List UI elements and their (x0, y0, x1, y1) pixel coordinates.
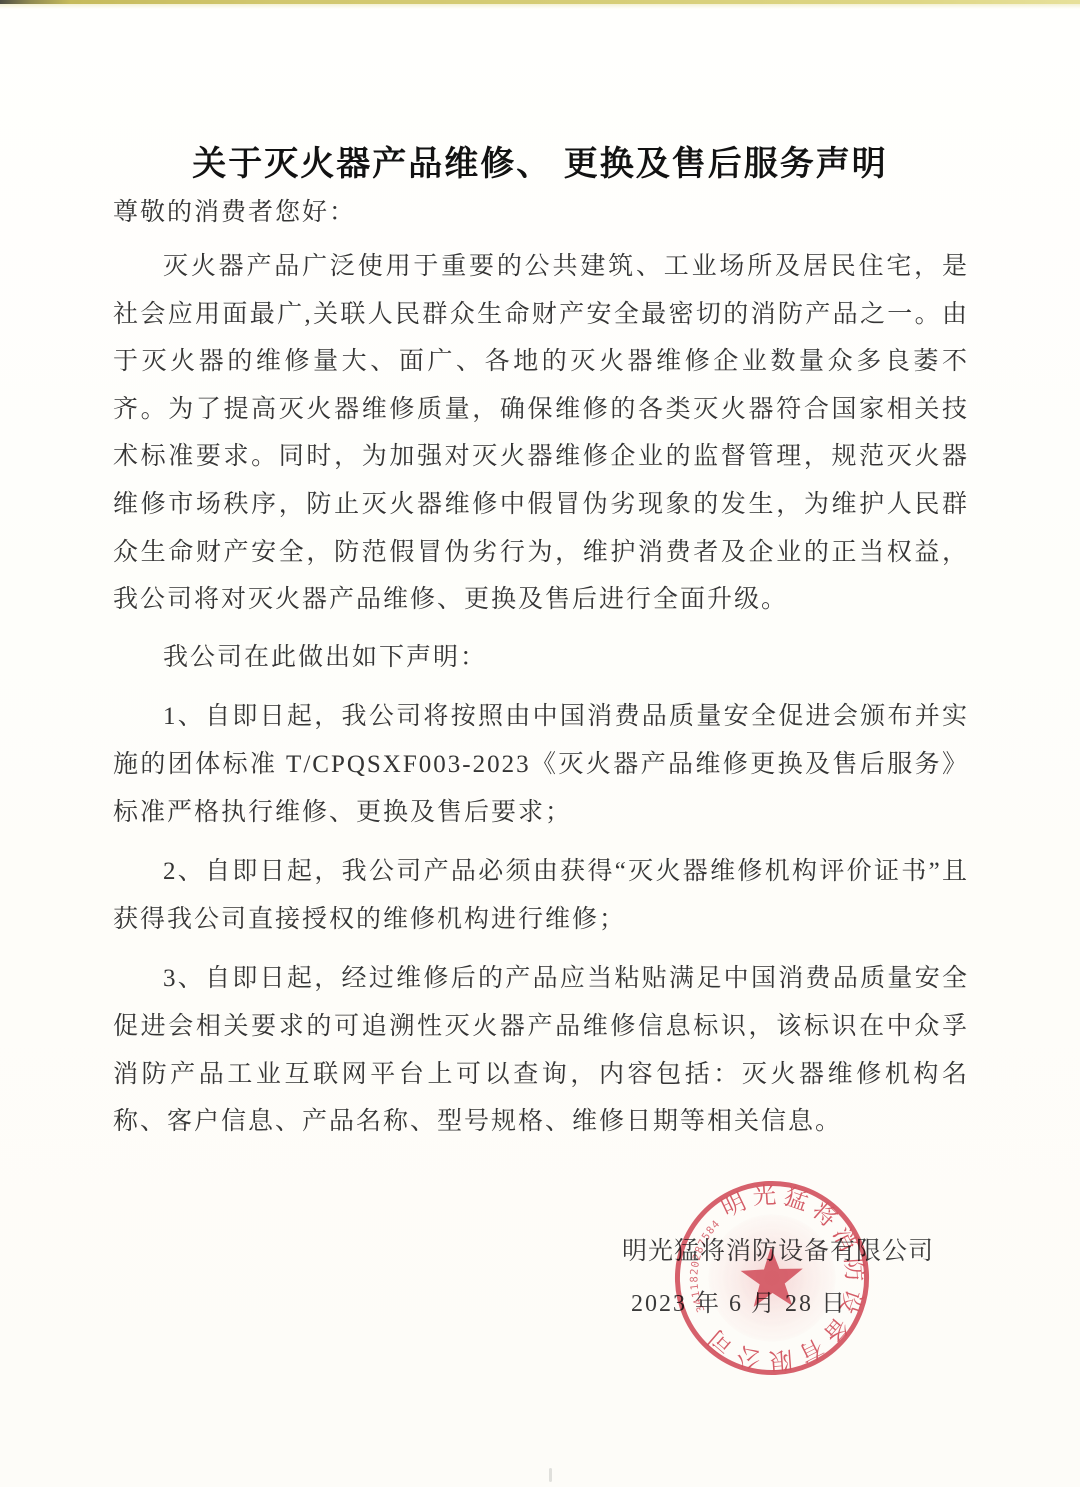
scan-edge-artifact-fade (0, 4, 1080, 9)
intro-paragraph: 灭火器产品广泛使用于重要的公共建筑、工业场所及居民住宅，是社会应用面最广,关联人… (113, 243, 969, 624)
declaration-lead: 我公司在此做出如下声明： (113, 634, 969, 682)
greeting-line: 尊敬的消费者您好： (113, 192, 356, 228)
seal-graphic: 明光猛将消防设备有限公司 3411820287584 (674, 1179, 871, 1376)
document-title: 关于灭火器产品维修、 更换及售后服务声明 (0, 136, 1080, 185)
scan-speck (549, 1468, 552, 1482)
declaration-item-3: 3、自即日起，经过维修后的产品应当粘贴满足中国消费品质量安全促进会相关要求的可追… (113, 955, 969, 1145)
declaration-item-2: 2、自即日起，我公司产品必须由获得“灭火器维修机构评价证书”且获得我公司直接授权… (113, 848, 969, 943)
document-body: 灭火器产品广泛使用于重要的公共建筑、工业场所及居民住宅，是社会应用面最广,关联人… (113, 243, 969, 1146)
declaration-item-1: 1、自即日起，我公司将按照由中国消费品质量安全促进会颁布并实施的团体标准 T/C… (113, 693, 969, 836)
scanned-document-page: 关于灭火器产品维修、 更换及售后服务声明 尊敬的消费者您好： 灭火器产品广泛使用… (0, 0, 1080, 1487)
company-seal-stamp: 明光猛将消防设备有限公司 3411820287584 (669, 1175, 876, 1382)
